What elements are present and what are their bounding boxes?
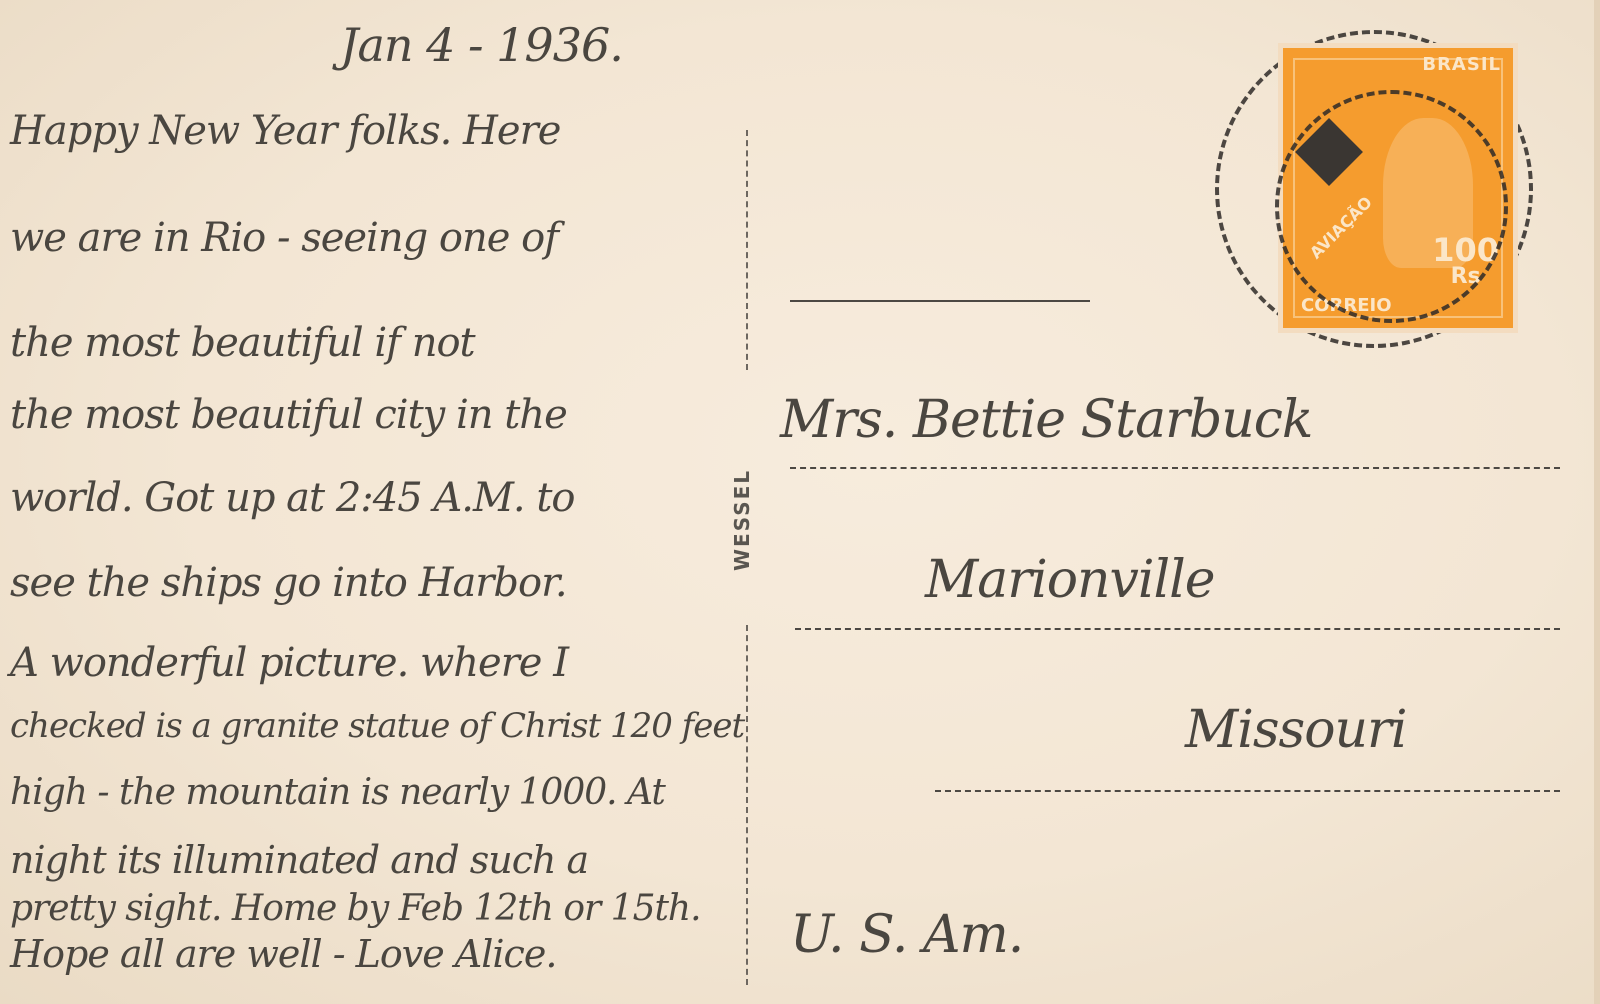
message-date: Jan 4 - 1936.: [340, 18, 623, 72]
message-line: checked is a granite statue of Christ 12…: [10, 706, 744, 746]
postcard-back: Jan 4 - 1936. Happy New Year folks. Here…: [0, 0, 1600, 1004]
postmark-inner-ring: [1275, 90, 1508, 323]
message-line: Happy New Year folks. Here: [10, 108, 560, 154]
message-line: we are in Rio - seeing one of: [10, 215, 558, 261]
message-line: Hope all are well - Love Alice.: [10, 932, 556, 976]
stamp-country: BRASIL: [1422, 54, 1501, 75]
message-line: world. Got up at 2:45 A.M. to: [10, 475, 575, 521]
publisher-imprint-text: WESSEL: [730, 469, 754, 571]
publisher-imprint: WESSEL: [712, 440, 772, 600]
center-divider-top: [746, 130, 748, 370]
message-line: pretty sight. Home by Feb 12th or 15th.: [10, 888, 701, 929]
recipient-name: Mrs. Bettie Starbuck: [780, 390, 1312, 450]
message-line: the most beautiful city in the: [10, 392, 567, 438]
message-line: high - the mountain is nearly 1000. At: [10, 772, 665, 813]
message-line: the most beautiful if not: [10, 320, 475, 366]
address-line-1: [790, 467, 1560, 469]
address-line-3: [935, 790, 1560, 792]
center-divider-bottom: [746, 625, 748, 985]
message-line: see the ships go into Harbor.: [10, 560, 567, 606]
message-line: night its illuminated and such a: [10, 838, 588, 882]
recipient-state: Missouri: [1185, 700, 1407, 760]
recipient-city: Marionville: [925, 550, 1215, 610]
address-line-2: [795, 628, 1560, 630]
address-line-top: [790, 300, 1090, 302]
message-line: A wonderful picture. where I: [10, 640, 568, 686]
recipient-country: U. S. Am.: [790, 905, 1023, 965]
